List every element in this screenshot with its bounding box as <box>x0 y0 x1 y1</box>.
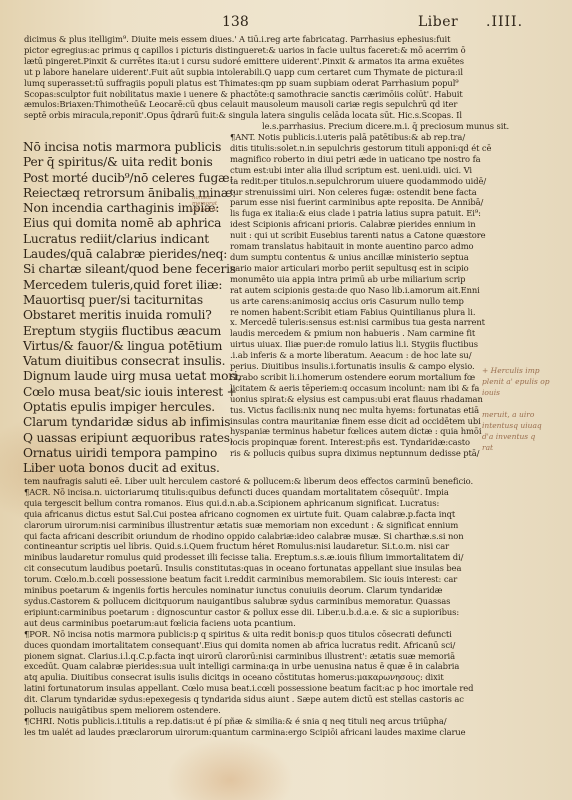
commentary-line: ctum est:ubi inter alia illud scriptum e… <box>230 165 480 176</box>
commentary-line: pictor egregius:ac primus q capillos i p… <box>24 45 544 56</box>
page-number: 138 <box>222 14 249 30</box>
verse-line: Eius qui domita nomē ab aphrica <box>23 216 233 231</box>
marginal-note-line: intentusq uiuaq <box>482 420 550 431</box>
commentary-line: pionem signat. Clarius.i.l.q.C.p.facta i… <box>24 651 544 662</box>
verse-line: Obstaret meritis inuida romuli? <box>23 308 233 323</box>
marginal-note-line: ab plural <box>192 207 217 213</box>
commentary-line: monumēto uia appia intra primū ab urbe m… <box>230 274 480 285</box>
commentary-line: atq apulia. Diuitibus consecrat isulis i… <box>24 672 544 683</box>
verse-line: Nō incisa notis marmora publicis <box>23 140 233 155</box>
commentary-line: uirtus uiuax. Iliæ puer:de romulo latius… <box>230 339 480 350</box>
commentary-line: qui facta africani describit oriundum de… <box>24 531 544 542</box>
commentary-line: eripiunt:carminibus poetarum : dignoscun… <box>24 607 544 618</box>
commentary-line: perius. Diuitibus insulis.i.fortunatis i… <box>230 361 480 372</box>
commentary-line: Strabo scribit li.i.homerum ostendere eo… <box>230 372 480 383</box>
marginal-note-left: nomen memorat ab plural <box>192 195 217 213</box>
commentary-line: locis propinquæ forent. Interest:pñs est… <box>230 437 480 448</box>
commentary-line: magnifico roberto in diui petri æde in u… <box>230 154 480 165</box>
commentary-line: ¶CHRI. Notis publicis.i.titulis a rep.da… <box>24 716 544 727</box>
verse-line: Post morté ducib⁹/nō celeres fugæ: <box>23 171 233 186</box>
commentary-line: ¶POR. Nō incisa notis marmora publicis:p… <box>24 629 544 640</box>
commentary-line: x. Mercedē tuleris:sensus est:nisi carmi… <box>230 317 480 328</box>
commentary-line: hyspaniæ terminus habetur fœlices autem … <box>230 426 480 437</box>
book-number: .IIII. <box>486 14 523 30</box>
marginal-note-line: plenit a' epulis op <box>482 376 550 387</box>
commentary-line: ris & pollucis quibus supra diximus nept… <box>230 448 480 459</box>
marginal-note-line: d'a inventus q <box>482 431 550 442</box>
commentary-line: romam translatus habitauit in monte auen… <box>230 241 480 252</box>
verse-column: Nō incisa notis marmora publicis Per q̄ … <box>23 140 233 477</box>
commentary-line: cit consecutum laudibus poetarū. Insulis… <box>24 563 544 574</box>
top-commentary: dicimus & plus itelligim⁹. Diuite meis e… <box>24 34 544 132</box>
marginal-note-line: + Herculis imp <box>482 365 550 376</box>
commentary-line: clarorum uirorum:nisi carminibus illustr… <box>24 520 544 531</box>
commentary-line: contineantur scriptis uel libris. Quid.s… <box>24 541 544 552</box>
commentary-line: parum esse nisi fuerint carminibus apte … <box>230 197 480 208</box>
commentary-line: quia tergescit bellum contra romanos. Ei… <box>24 498 544 509</box>
commentary-line: uonius spirat:& elysius est campus:ubi e… <box>230 394 480 405</box>
commentary-line: ditis titulis:solet.n.in sepulchris gest… <box>230 143 480 154</box>
commentary-line: æmulos:Briaxen:Thimotheū& Leocarē:cū qbu… <box>24 99 544 110</box>
commentary-line: dit. Clarum tyndaridæ sydus:epexegesis q… <box>24 694 544 705</box>
marginal-note-line: meruit, a uiro <box>482 409 550 420</box>
marginal-note-line <box>482 398 550 409</box>
commentary-line: lætū pingeret.Pinxit & currētes ita:ut i… <box>24 56 544 67</box>
commentary-line: quia africanus dictus estut Sal.Cui post… <box>24 509 544 520</box>
commentary-line: septē orbis miracula,reponit'.Opus q̄dra… <box>24 110 544 121</box>
commentary-line: dicimus & plus itelligim⁹. Diuite meis e… <box>24 34 544 45</box>
verse-line: Lucratus rediit/clarius indicant <box>23 232 233 247</box>
verse-line: Liber uota bonos ducit ad exitus. <box>23 461 233 476</box>
commentary-line: minibus laudaretur romulus quid prodesse… <box>24 552 544 563</box>
commentary-line: ¶ACR. Nō incisa.n. uictoriarumq titulis:… <box>24 487 544 498</box>
commentary-line: tus. Victus facilis:nix nunq nec multa h… <box>230 405 480 416</box>
commentary-line: nuit : qui ut scribit Eusebius tarenti n… <box>230 230 480 241</box>
commentary-line: excedūt. Quam calabræ pierides:sua uult … <box>24 661 544 672</box>
commentary-line: tem naufragis saluti eē. Liber uult herc… <box>24 476 544 487</box>
commentary-line: lis fuga ex italia:& eius clade i patria… <box>230 208 480 219</box>
marginal-note-right: + Herculis imp plenit a' epulis op iouis… <box>482 365 550 453</box>
commentary-line: aut deus carminibus poetarum:aut fœlicia… <box>24 618 544 629</box>
commentary-line: rat autem scipionis gesta:de quo Naso li… <box>230 285 480 296</box>
marginal-note-line: iouis <box>482 387 550 398</box>
commentary-line: ta redit:per titulos.n.sepulchrorum uiue… <box>230 176 480 187</box>
verse-line: Mercedem tuleris,quid foret iliæ: <box>23 278 233 293</box>
marginal-note-line: rat <box>482 442 550 453</box>
verse-line: Ornatus uiridi tempora pampino <box>23 446 233 461</box>
commentary-line: dum sumptu contentus & unius ancillæ min… <box>230 252 480 263</box>
commentary-line: latini fortunatorum insulas appellant. C… <box>24 683 544 694</box>
commentary-line: lumq superasset:tū suffragiis populi pla… <box>24 78 544 89</box>
bottom-commentary: tem naufragis saluti eē. Liber uult herc… <box>24 476 544 738</box>
commentary-line: duces quondam imortalitatem consequant'.… <box>24 640 544 651</box>
commentary-line: le.s.parrhasius. Precium dicere.m.i. q̄ … <box>24 121 544 132</box>
verse-line: Mauortisq puer/si taciturnitas <box>23 293 233 308</box>
running-header: 138 Liber .IIII. <box>0 14 572 34</box>
verse-line: Laudes/quā calabræ pierides/neq: <box>23 247 233 262</box>
right-commentary: ¶ANT. Notis publicis.i.uteris palā patēt… <box>230 132 480 459</box>
commentary-line: sydus.Castorem & pollucem dicitquorum na… <box>24 596 544 607</box>
verse-line: Per q̄ spiritus/& uita redit bonis <box>23 155 233 170</box>
verse-line: Optatis epulis impiger hercules. <box>23 400 233 415</box>
verse-line: Dignum laude uirg musa uetat mori, <box>23 369 233 384</box>
commentary-line: nario maior articulari morbo periit sepu… <box>230 263 480 274</box>
verse-line: Virtus/& fauor/& lingua potētium <box>23 339 233 354</box>
commentary-line: les tm ualét ad laudes præclarorum uiror… <box>24 727 544 738</box>
commentary-line: licitatem & aeris tēperiem:q occasum inc… <box>230 383 480 394</box>
verse-line: Cœlo musa beat/sic iouis interest + <box>23 385 233 400</box>
commentary-line: us arte carens:animosiq accius oris Casu… <box>230 296 480 307</box>
commentary-line: insulas contra mauritaniæ finem esse dic… <box>230 416 480 427</box>
commentary-line: ¶ANT. Notis publicis.i.uteris palā patēt… <box>230 132 480 143</box>
verse-line: Vatum diuitibus consecrat insulis. <box>23 354 233 369</box>
verse-line: Q uassas eripiunt æquoribus rates, <box>23 431 233 446</box>
commentary-line: minibus poetarum & ingeniis fortis hercu… <box>24 585 544 596</box>
commentary-line: tur strenuissimi uiri. Non celeres fugæ:… <box>230 187 480 198</box>
commentary-line: .i.ab inferis & a morte liberatum. Aeacu… <box>230 350 480 361</box>
commentary-line: idest Scipionis africani prioris. Calabr… <box>230 219 480 230</box>
commentary-line: re nomen habent:Scribit etiam Fabius Qui… <box>230 307 480 318</box>
commentary-line: Scopas:sculptor fuit nobilitatus maxie i… <box>24 89 544 100</box>
verse-line: Si chartæ sileant/quod bene feceris <box>23 262 233 277</box>
commentary-line: pollucis nauigātibus spem meliorem osten… <box>24 705 544 716</box>
commentary-line: torum. Cœlo.m.b.cœli possessione beatum … <box>24 574 544 585</box>
verse-line: Clarum tyndaridæ sidus ab infimis <box>23 415 233 430</box>
commentary-line: ut p labore hanelare uiderent'.Fuit aūt … <box>24 67 544 78</box>
commentary-line: laudis mercedem & pmium non habueris . N… <box>230 328 480 339</box>
book-label: Liber <box>418 14 458 30</box>
verse-line: Ereptum stygiis fluctibus æacum <box>23 324 233 339</box>
